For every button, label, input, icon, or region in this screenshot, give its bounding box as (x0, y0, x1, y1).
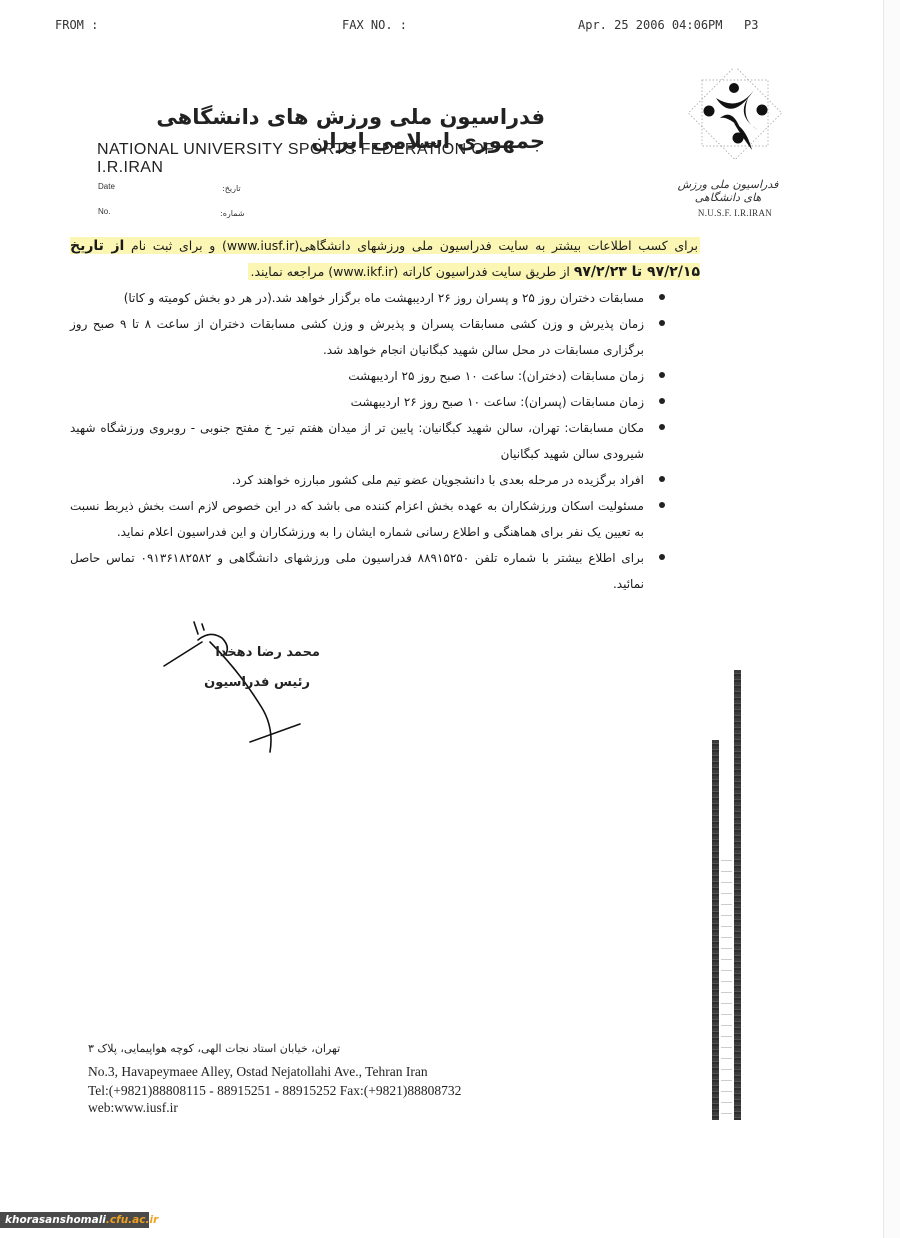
footer-address-persian: تهران، خیابان استاد نجات الهی، کوچه هواپ… (88, 1042, 468, 1055)
date-label-en: Date (98, 182, 115, 191)
date-label-fa: تاریخ: (222, 184, 241, 193)
signatory-name: محمد رضا دهخدا (210, 645, 320, 660)
list-item: برای اطلاع بیشتر با شماره تلفن ۸۸۹۱۵۲۵۰ … (70, 545, 670, 597)
fax-scan-artifact (712, 650, 742, 1125)
list-item-text: زمان مسابقات (پسران): ساعت ۱۰ صبح روز ۲۶… (351, 395, 644, 409)
intro-paragraph: برای کسب اطلاعات بیشتر به سایت فدراسیون … (70, 233, 700, 285)
scan-noise (721, 850, 732, 1120)
list-item-text: مسابقات دختران روز ۲۵ و پسران روز ۲۶ ارد… (124, 291, 644, 305)
bullet-icon (659, 502, 665, 508)
scan-stripe (734, 670, 741, 1120)
signatory-title: رئیس فدراسیون (200, 675, 310, 690)
bullet-icon (659, 424, 665, 430)
fax-from-label: FROM : (55, 18, 98, 32)
list-item-text: مسئولیت اسکان ورزشکاران به عهده بخش اعزا… (70, 499, 644, 539)
list-item-text: زمان مسابقات (دختران): ساعت ۱۰ صبح روز ۲… (348, 369, 644, 383)
bullet-icon (659, 372, 665, 378)
logo-caption-english: N.U.S.F. I.R.IRAN (680, 208, 790, 218)
intro-text-1: برای کسب اطلاعات بیشتر به سایت فدراسیون … (131, 238, 698, 253)
list-item-text: مکان مسابقات: تهران، سالن شهید کبگانیان:… (70, 421, 644, 461)
bullet-icon (659, 554, 665, 560)
bullet-icon (659, 398, 665, 404)
list-item-text: برای اطلاع بیشتر با شماره تلفن ۸۸۹۱۵۲۵۰ … (70, 551, 644, 591)
fax-timestamp: Apr. 25 2006 04:06PM (578, 18, 723, 32)
announcement-list: مسابقات دختران روز ۲۵ و پسران روز ۲۶ ارد… (70, 285, 670, 597)
bullet-icon (659, 320, 665, 326)
list-item: زمان پذیرش و وزن کشی مسابقات پسران و پذی… (70, 311, 670, 363)
logo-caption-persian: فدراسیون ملی ورزش های دانشگاهی (668, 178, 788, 204)
list-item: زمان مسابقات (پسران): ساعت ۱۰ صبح روز ۲۶… (70, 389, 670, 415)
list-item-text: زمان پذیرش و وزن کشی مسابقات پسران و پذی… (70, 317, 644, 357)
number-label-fa: شماره: (220, 209, 245, 218)
footer-contact: Tel:(+9821)88808115 - 88915251 - 8891525… (88, 1083, 461, 1099)
watermark-text-primary: khorasanshomali (5, 1214, 106, 1226)
list-item: افراد برگزیده در مرحله بعدی با دانشجویان… (70, 467, 670, 493)
footer-website: web:www.iusf.ir (88, 1100, 178, 1116)
list-item: زمان مسابقات (دختران): ساعت ۱۰ صبح روز ۲… (70, 363, 670, 389)
bullet-icon (659, 476, 665, 482)
list-item: مسابقات دختران روز ۲۵ و پسران روز ۲۶ ارد… (70, 285, 670, 311)
number-label-en: No. (98, 207, 110, 216)
intro-highlight: برای کسب اطلاعات بیشتر به سایت فدراسیون … (70, 237, 700, 280)
watermark-text-accent: .cfu.ac.ir (106, 1214, 158, 1226)
letterhead-title-english: NATIONAL UNIVERSITY SPORTS FEDERATION OF… (97, 141, 547, 177)
scan-stripe (712, 740, 719, 1120)
list-item: مسئولیت اسکان ورزشکاران به عهده بخش اعزا… (70, 493, 670, 545)
federation-logo-icon (680, 68, 790, 168)
fax-page-number: P3 (744, 18, 758, 32)
list-item: مکان مسابقات: تهران، سالن شهید کبگانیان:… (70, 415, 670, 467)
page-margin (884, 0, 900, 1238)
list-item-text: افراد برگزیده در مرحله بعدی با دانشجویان… (232, 473, 644, 487)
fax-header: FROM : FAX NO. : Apr. 25 2006 04:06PM P3 (0, 18, 900, 38)
fax-number-label: FAX NO. : (342, 18, 407, 32)
site-watermark: khorasanshomali.cfu.ac.ir (0, 1212, 149, 1228)
bullet-icon (659, 294, 665, 300)
intro-text-2: از طریق سایت فدراسیون کاراته (www.ikf.ir… (250, 264, 569, 279)
footer-address-english: No.3, Havapeymaee Alley, Ostad Nejatolla… (88, 1064, 428, 1080)
